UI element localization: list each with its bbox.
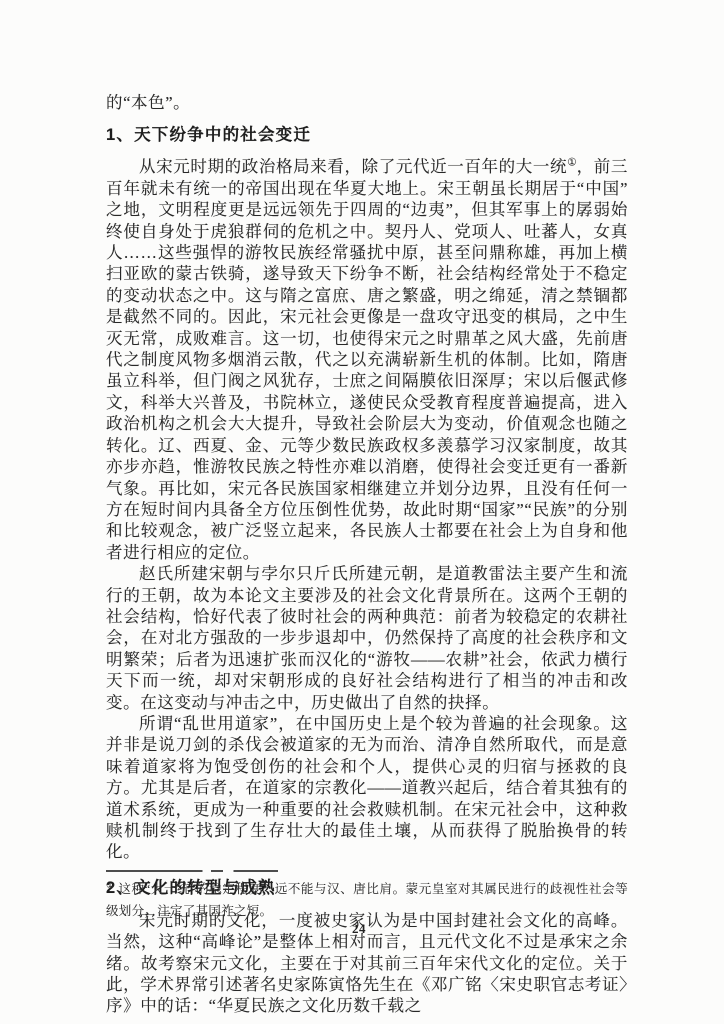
paragraph-text: 从宋元时期的政治格局来看，除了元代近一百年的大一统	[139, 157, 567, 176]
section-1-heading: 1、天下纷争中的社会变迁	[106, 125, 628, 146]
paragraph-text: ，前三百年就未有统一的帝国出现在华夏大地上。宋王朝虽长期居于“中国”之地，文明程…	[106, 157, 628, 561]
section-1-paragraph-2: 赵氏所建宋朝与孛尔只斤氏所建元朝，是道教雷法主要产生和流行的王朝，故为本论文主要…	[106, 563, 628, 713]
footnote-marker: ①	[106, 880, 115, 890]
document-page: 的“本色”。 1、天下纷争中的社会变迁 从宋元时期的政治格局来看，除了元代近一百…	[0, 0, 724, 1024]
section-1-paragraph-3: 所谓“乱世用道家”，在中国历史上是个较为普遍的社会现象。这并非是说刀剑的杀伐会被…	[106, 713, 628, 863]
leading-paragraph-continuation: 的“本色”。	[106, 92, 628, 113]
footnote: ① 这种“大一统”的稳定程度，远不能与汉、唐比肩。蒙元皇室对其属民进行的歧视性社…	[106, 879, 628, 922]
section-1-paragraph-1: 从宋元时期的政治格局来看，除了元代近一百年的大一统①，前三百年就未有统一的帝国出…	[106, 156, 628, 563]
footnote-reference-mark: ①	[567, 158, 576, 169]
footnote-divider	[106, 870, 278, 872]
page-number: 24	[0, 921, 718, 937]
footnote-text: 这种“大一统”的稳定程度，远不能与汉、唐比肩。蒙元皇室对其属民进行的歧视性社会等…	[106, 882, 628, 918]
footnote-area: ① 这种“大一统”的稳定程度，远不能与汉、唐比肩。蒙元皇室对其属民进行的歧视性社…	[106, 870, 628, 922]
